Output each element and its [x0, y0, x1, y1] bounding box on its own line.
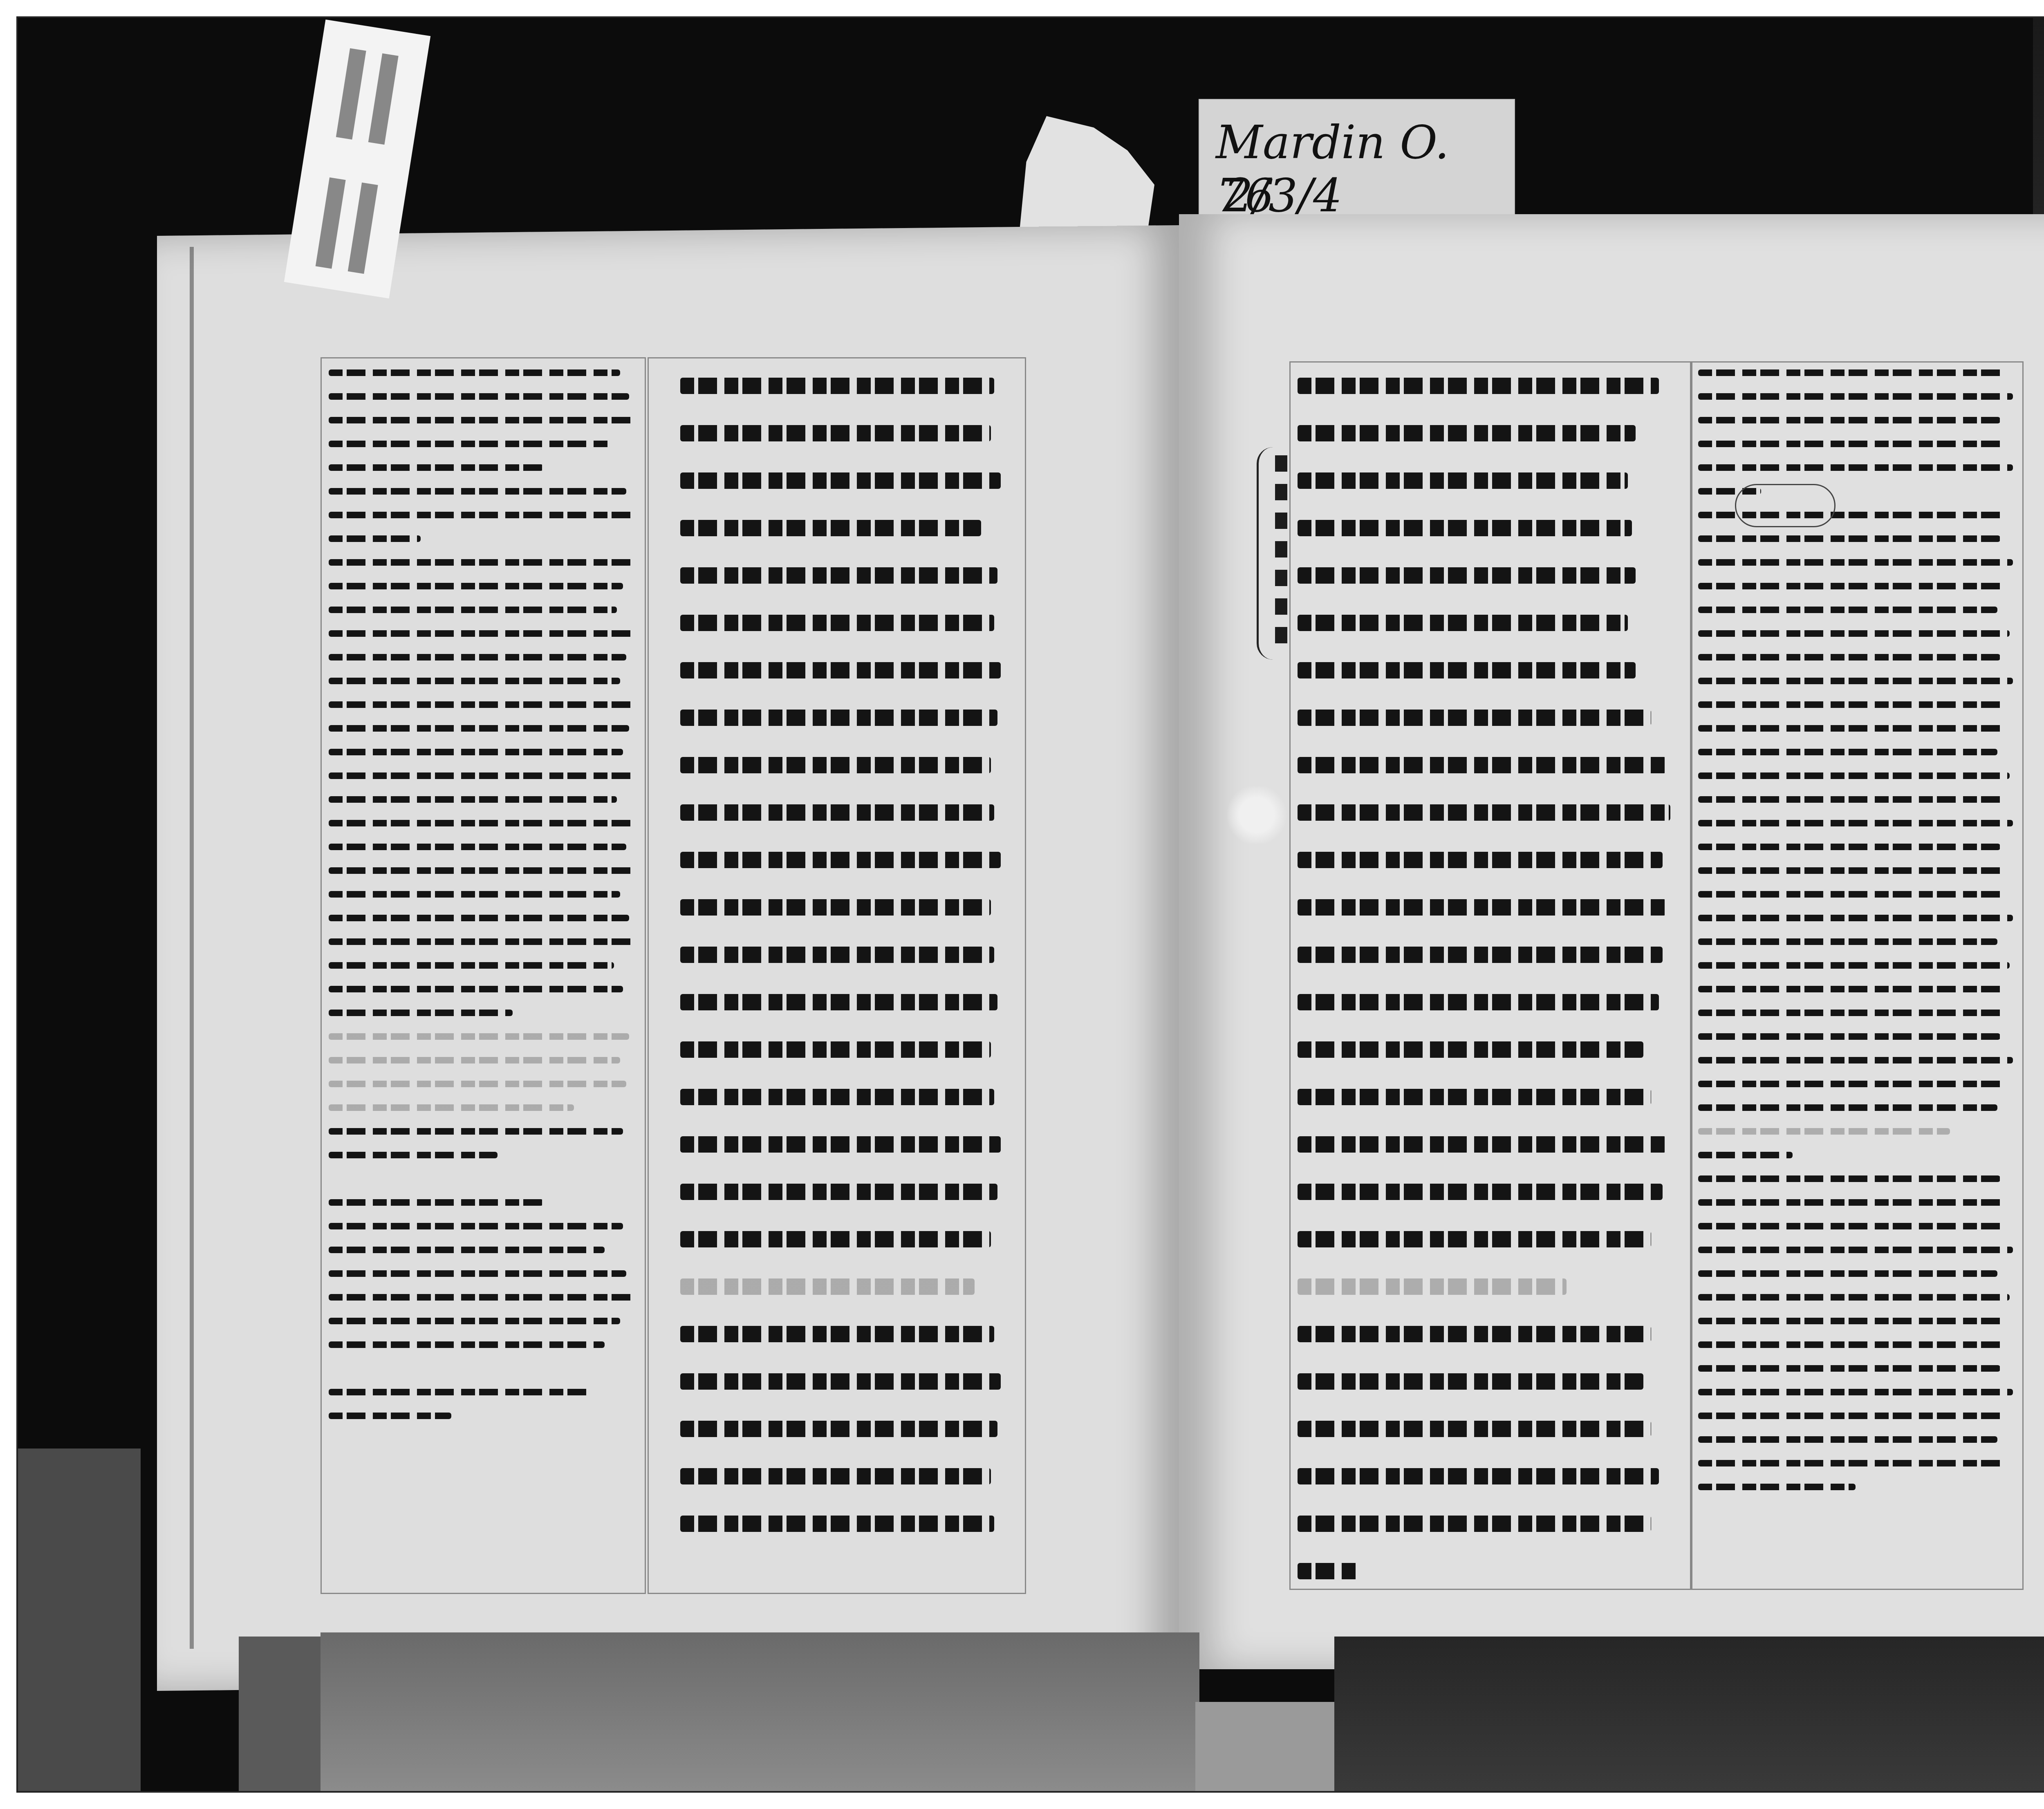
left-inner-column-text: [680, 378, 1007, 1563]
support-book-left: [320, 1632, 1199, 1793]
background-shadow: [18, 1449, 141, 1793]
shelf-mark-tag: Mardin O. 76 2/3/4: [1199, 100, 1514, 226]
right-outer-column-text: [1698, 369, 2013, 1507]
torn-paper-scrap: [1020, 116, 1154, 231]
table-gap: [1195, 1702, 1342, 1793]
page-stain: [1224, 786, 1289, 844]
margin-note-text: [1275, 455, 1287, 652]
manuscript-photo: Mardin O. 76 2/3/4: [16, 16, 2044, 1793]
left-page-edge: [190, 247, 194, 1649]
left-outer-column-text: [329, 369, 635, 1436]
support-book-right: [1334, 1637, 2044, 1793]
circled-annotation: [1735, 484, 1836, 527]
right-inner-column-text: [1298, 378, 1682, 1610]
